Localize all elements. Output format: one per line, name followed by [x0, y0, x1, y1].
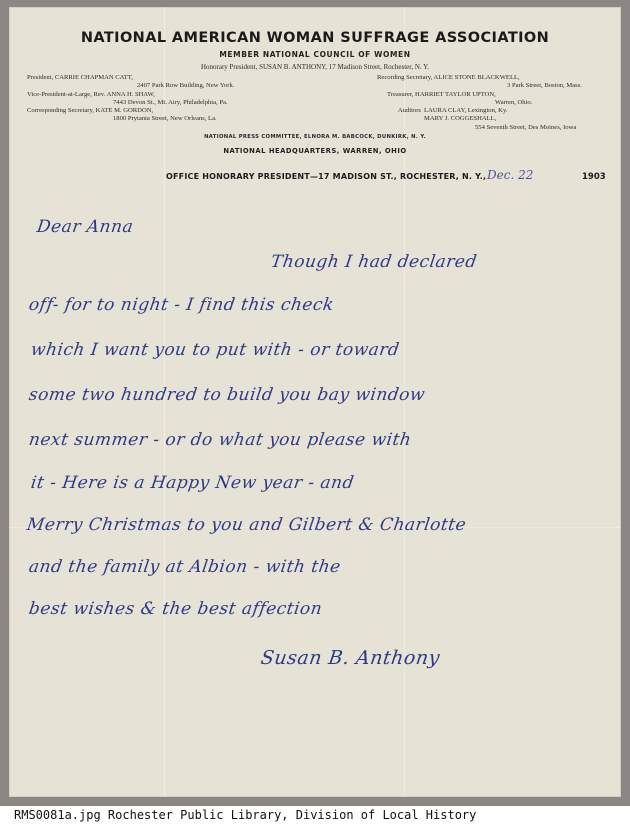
letter-line: next summer - or do what you please with: [28, 430, 413, 450]
organization-title: NATIONAL AMERICAN WOMAN SUFFRAGE ASSOCIA…: [9, 30, 621, 46]
officer-line: Recording Secretary, ALICE STONE BLACKWE…: [377, 74, 617, 82]
officer-address: 2407 Park Row Building, New York.: [27, 82, 317, 90]
letter-line: which I want you to put with - or toward: [30, 340, 401, 360]
year: 1903: [582, 172, 606, 182]
officers-left: President, CARRIE CHAPMAN CATT, 2407 Par…: [27, 74, 317, 124]
auditor-address: 554 Seventh Street, Des Moines, Iowa: [377, 124, 617, 132]
officers-right: Recording Secretary, ALICE STONE BLACKWE…: [377, 74, 617, 132]
signature: Susan B. Anthony: [259, 647, 441, 669]
officer-line: President, CARRIE CHAPMAN CATT,: [27, 74, 317, 82]
officer-address: 7443 Devon St., Mt. Airy, Philadelphia, …: [27, 99, 317, 107]
officer-address: 1800 Prytania Street, New Orleans, La.: [27, 115, 317, 123]
letter-line: off- for to night - I find this check: [28, 295, 336, 315]
officer-line: Vice-President-at-Large, Rev. ANNA H. SH…: [27, 91, 317, 99]
honorary-president: Honorary President, SUSAN B. ANTHONY, 17…: [9, 63, 621, 71]
press-committee: NATIONAL PRESS COMMITTEE, ELNORA M. BABC…: [9, 134, 621, 140]
officer-line: Treasurer, HARRIET TAYLOR UPTON,: [377, 91, 617, 99]
auditor-name: MARY J. COGGESHALL,: [424, 115, 507, 123]
officer-address: 3 Park Street, Boston, Mass.: [377, 82, 617, 90]
handwritten-date: Dec. 22: [487, 168, 533, 182]
auditors-label: Auditors: [377, 107, 424, 124]
officer-address: Warren, Ohio.: [377, 99, 617, 107]
member-line: MEMBER NATIONAL COUNCIL OF WOMEN: [9, 50, 621, 59]
auditors-block: Auditors LAURA CLAY, Lexington, Ky. MARY…: [377, 107, 617, 124]
letter-line: Merry Christmas to you and Gilbert & Cha…: [26, 515, 468, 535]
auditors-names: LAURA CLAY, Lexington, Ky. MARY J. COGGE…: [424, 107, 507, 124]
office-line: OFFICE HONORARY PRESIDENT—17 MADISON ST.…: [166, 172, 486, 181]
headquarters: NATIONAL HEADQUARTERS, WARREN, OHIO: [9, 147, 621, 155]
letter-line: Though I had declared: [270, 252, 479, 272]
letter-line: it - Here is a Happy New year - and: [30, 473, 356, 493]
letter-line: and the family at Albion - with the: [28, 557, 343, 577]
letter-page: NATIONAL AMERICAN WOMAN SUFFRAGE ASSOCIA…: [9, 7, 621, 797]
image-caption: RMS0081a.jpg Rochester Public Library, D…: [14, 808, 476, 822]
officer-line: Corresponding Secretary, KATE M. GORDON,: [27, 107, 317, 115]
salutation: Dear Anna: [36, 217, 135, 237]
letter-line: best wishes & the best affection: [28, 599, 324, 619]
letter-line: some two hundred to build you bay window: [28, 385, 427, 405]
auditor-name: LAURA CLAY, Lexington, Ky.: [424, 107, 507, 115]
